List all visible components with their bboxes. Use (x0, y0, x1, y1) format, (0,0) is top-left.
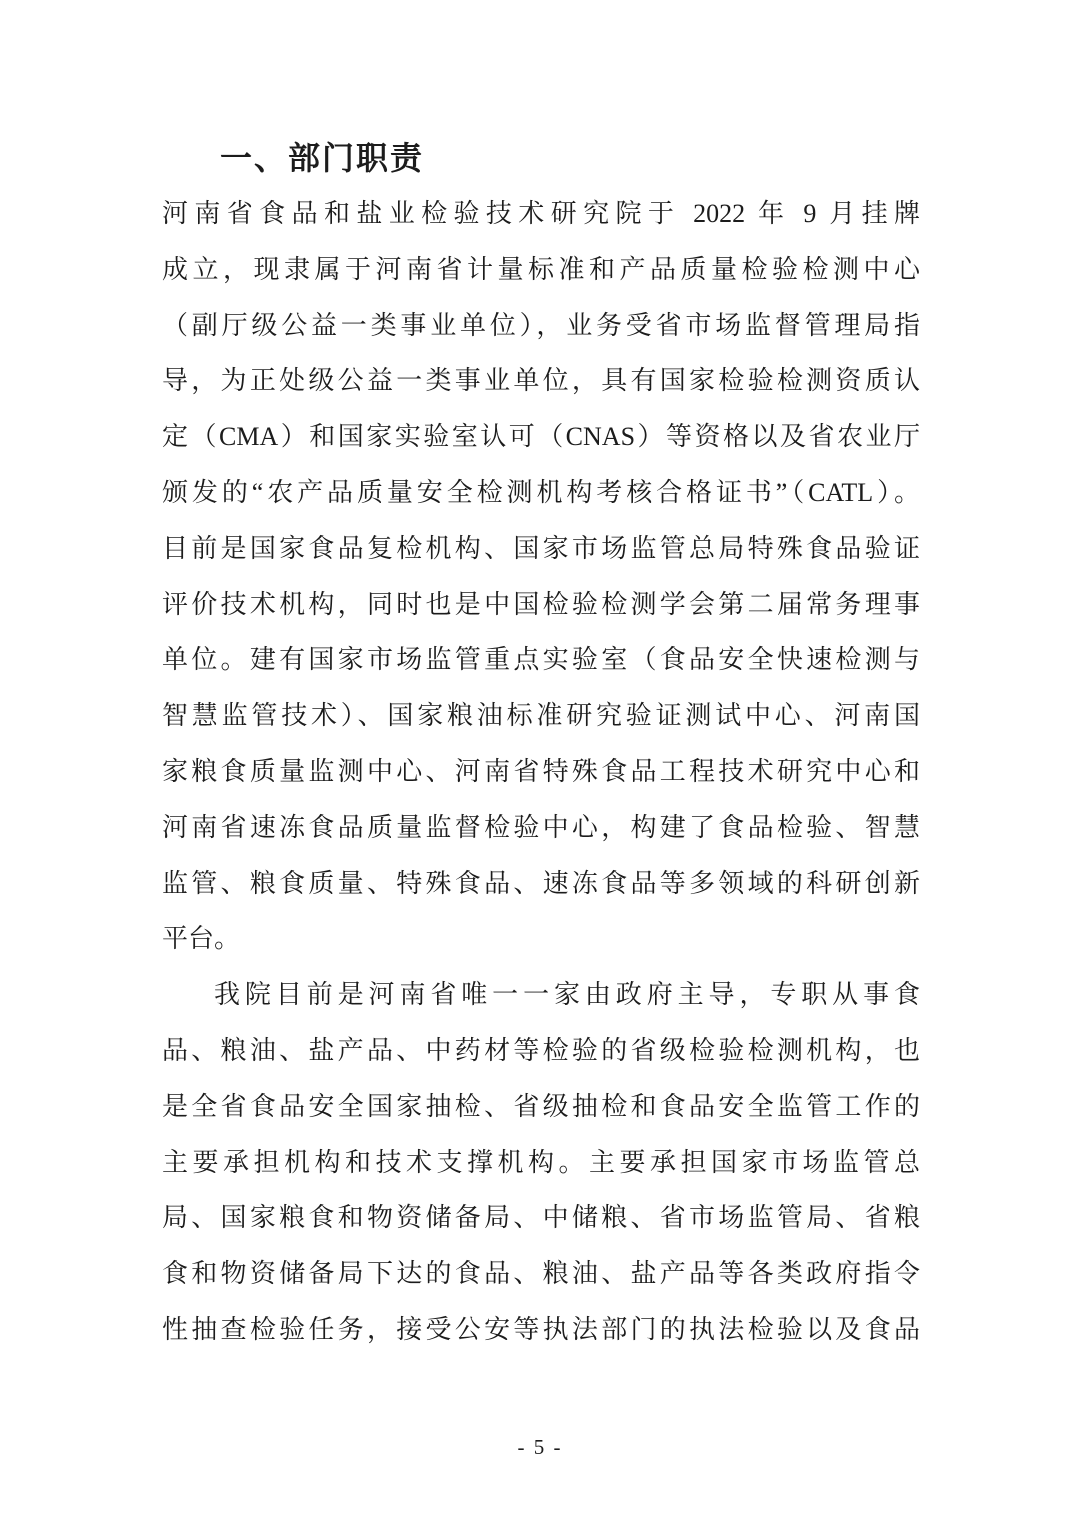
text-line: 目前是国家食品复检机构、国家市场监管总局特殊食品验证 (162, 521, 920, 577)
text-line: 是全省食品安全国家抽检、省级抽检和食品安全监管工作的 (162, 1079, 920, 1135)
text-line: 监管、粮食质量、特殊食品、速冻食品等多领域的科研创新 (162, 856, 920, 912)
page-number: - 5 - (0, 1432, 1080, 1462)
text-line: 导，为正处级公益一类事业单位，具有国家检验检测资质认 (162, 353, 920, 409)
text-line: 局、国家粮食和物资储备局、中储粮、省市场监管局、省粮 (162, 1190, 920, 1246)
text-line: 智慧监管技术）、国家粮油标准研究验证测试中心、河南国 (162, 688, 920, 744)
text-line: （副厅级公益一类事业单位），业务受省市场监督管理局指 (162, 298, 920, 354)
text-line: 家粮食质量监测中心、河南省特殊食品工程技术研究中心和 (162, 744, 920, 800)
text-line: 品、粮油、盐产品、中药材等检验的省级检验检测机构，也 (162, 1023, 920, 1079)
text-line: 评价技术机构，同时也是中国检验检测学会第二届常务理事 (162, 577, 920, 633)
text-line: 主要承担机构和技术支撑机构。主要承担国家市场监管总 (162, 1135, 920, 1191)
text-line: 平台。 (162, 911, 920, 967)
paragraph-1: 河南省食品和盐业检验技术研究院于 2022 年 9 月挂牌 成立，现隶属于河南省… (162, 186, 920, 967)
document-body: 一、部门职责 河南省食品和盐业检验技术研究院于 2022 年 9 月挂牌 成立，… (162, 130, 920, 1358)
paragraph-2: 我院目前是河南省唯一一家由政府主导，专职从事食 品、粮油、盐产品、中药材等检验的… (162, 967, 920, 1358)
text-line: 河南省速冻食品质量监督检验中心，构建了食品检验、智慧 (162, 800, 920, 856)
text-line: 我院目前是河南省唯一一家由政府主导，专职从事食 (162, 967, 920, 1023)
document-page: 一、部门职责 河南省食品和盐业检验技术研究院于 2022 年 9 月挂牌 成立，… (0, 0, 1080, 1527)
text-line: 成立，现隶属于河南省计量标准和产品质量检验检测中心 (162, 242, 920, 298)
section-heading: 一、部门职责 (162, 130, 920, 186)
text-line: 性抽查检验任务，接受公安等执法部门的执法检验以及食品 (162, 1302, 920, 1358)
text-line: 定（CMA）和国家实验室认可（CNAS）等资格以及省农业厅 (162, 409, 920, 465)
text-line: 河南省食品和盐业检验技术研究院于 2022 年 9 月挂牌 (162, 186, 920, 242)
text-line: 食和物资储备局下达的食品、粮油、盐产品等各类政府指令 (162, 1246, 920, 1302)
text-line: 颁发的“农产品质量安全检测机构考核合格证书”（CATL）。 (162, 465, 920, 521)
text-line: 单位。建有国家市场监管重点实验室（食品安全快速检测与 (162, 632, 920, 688)
